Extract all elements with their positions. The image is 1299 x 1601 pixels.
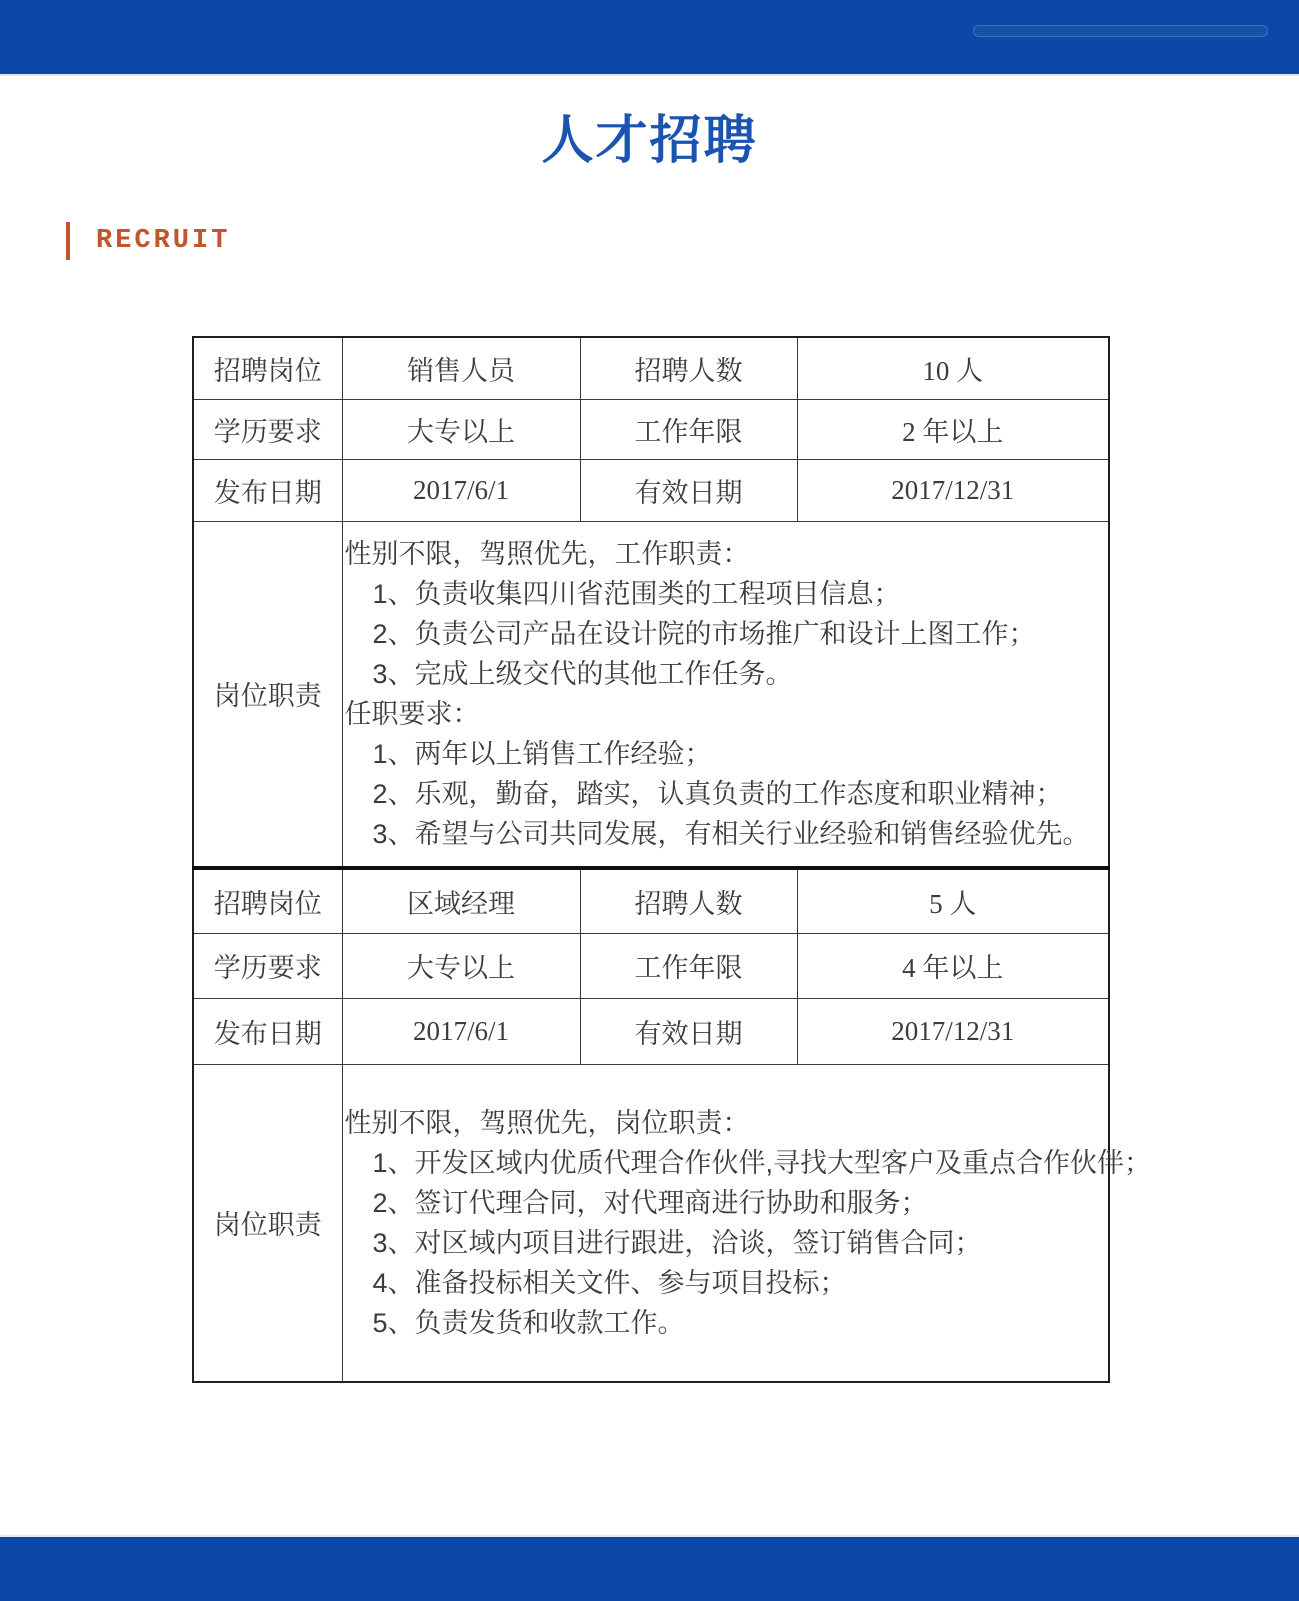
duties-line: 1、开发区域内优质代理合作伙伴,寻找大型客户及重点合作伙伴；	[345, 1143, 1109, 1183]
job1-row-education: 学历要求 大专以上 工作年限 2 年以上	[193, 399, 1109, 459]
duties-line: 任职要求：	[345, 694, 1109, 734]
accent-bar	[66, 222, 70, 260]
duties-line: 3、希望与公司共同发展，有相关行业经验和销售经验优先。	[345, 814, 1109, 854]
duties-line: 3、完成上级交代的其他工作任务。	[345, 654, 1109, 694]
job1-row-dates: 发布日期 2017/6/1 有效日期 2017/12/31	[193, 459, 1109, 521]
job1-experience-label: 工作年限	[580, 399, 797, 459]
job2-headcount-label: 招聘人数	[580, 868, 797, 933]
job2-experience-value: 4 年以上	[797, 933, 1109, 998]
job1-duties-cell: 性别不限，驾照优先，工作职责： 1、负责收集四川省范围类的工程项目信息； 2、负…	[342, 521, 1109, 868]
job1-publish-value: 2017/6/1	[342, 459, 580, 521]
duties-line: 3、对区域内项目进行跟进，洽谈，签订销售合同；	[345, 1223, 1109, 1263]
duties-line: 性别不限，驾照优先，工作职责：	[345, 534, 1109, 574]
job2-duties-cell: 性别不限，驾照优先，岗位职责： 1、开发区域内优质代理合作伙伴,寻找大型客户及重…	[342, 1064, 1109, 1382]
job1-headcount-value: 10 人	[797, 337, 1109, 399]
job2-publish-value: 2017/6/1	[342, 998, 580, 1064]
job2-row-duties: 岗位职责 性别不限，驾照优先，岗位职责： 1、开发区域内优质代理合作伙伴,寻找大…	[193, 1064, 1109, 1382]
job1-valid-label: 有效日期	[580, 459, 797, 521]
job2-row-position: 招聘岗位 区域经理 招聘人数 5 人	[193, 868, 1109, 933]
job1-row-duties: 岗位职责 性别不限，驾照优先，工作职责： 1、负责收集四川省范围类的工程项目信息…	[193, 521, 1109, 868]
header-accent-shape	[973, 25, 1268, 37]
duties-line: 性别不限，驾照优先，岗位职责：	[345, 1103, 1109, 1143]
job1-education-value: 大专以上	[342, 399, 580, 459]
job2-row-dates: 发布日期 2017/6/1 有效日期 2017/12/31	[193, 998, 1109, 1064]
duties-line: 2、乐观，勤奋，踏实，认真负责的工作态度和职业精神；	[345, 774, 1109, 814]
job2-valid-label: 有效日期	[580, 998, 797, 1064]
duties-line: 1、两年以上销售工作经验；	[345, 734, 1109, 774]
duties-line: 2、负责公司产品在设计院的市场推广和设计上图工作；	[345, 614, 1109, 654]
bottom-bar	[0, 1535, 1299, 1601]
job1-position-value: 销售人员	[342, 337, 580, 399]
job2-education-label: 学历要求	[193, 933, 342, 998]
page: 人才招聘 RECRUIT 招聘岗位 销售人员 招聘人数 10 人 学历要求 大专…	[0, 0, 1299, 1601]
duties-line: 5、负责发货和收款工作。	[345, 1303, 1109, 1343]
jobs-table: 招聘岗位 销售人员 招聘人数 10 人 学历要求 大专以上 工作年限 2 年以上…	[192, 336, 1110, 1383]
duties-line: 4、准备投标相关文件、参与项目投标；	[345, 1263, 1109, 1303]
job2-duties-label: 岗位职责	[193, 1064, 342, 1382]
duties-line: 1、负责收集四川省范围类的工程项目信息；	[345, 574, 1109, 614]
job2-education-value: 大专以上	[342, 933, 580, 998]
job1-row-position: 招聘岗位 销售人员 招聘人数 10 人	[193, 337, 1109, 399]
job2-position-value: 区域经理	[342, 868, 580, 933]
duties-line: 2、签订代理合同，对代理商进行协助和服务；	[345, 1183, 1109, 1223]
top-bar	[0, 0, 1299, 76]
job1-education-label: 学历要求	[193, 399, 342, 459]
job1-publish-label: 发布日期	[193, 459, 342, 521]
job2-experience-label: 工作年限	[580, 933, 797, 998]
job2-row-education: 学历要求 大专以上 工作年限 4 年以上	[193, 933, 1109, 998]
job2-valid-value: 2017/12/31	[797, 998, 1109, 1064]
job1-headcount-label: 招聘人数	[580, 337, 797, 399]
page-title: 人才招聘	[0, 98, 1299, 173]
section-heading-label: RECRUIT	[96, 226, 230, 256]
job1-experience-value: 2 年以上	[797, 399, 1109, 459]
section-heading: RECRUIT	[66, 221, 230, 261]
job1-duties-label: 岗位职责	[193, 521, 342, 868]
job2-publish-label: 发布日期	[193, 998, 342, 1064]
job2-headcount-value: 5 人	[797, 868, 1109, 933]
job1-position-label: 招聘岗位	[193, 337, 342, 399]
job1-valid-value: 2017/12/31	[797, 459, 1109, 521]
job2-position-label: 招聘岗位	[193, 868, 342, 933]
